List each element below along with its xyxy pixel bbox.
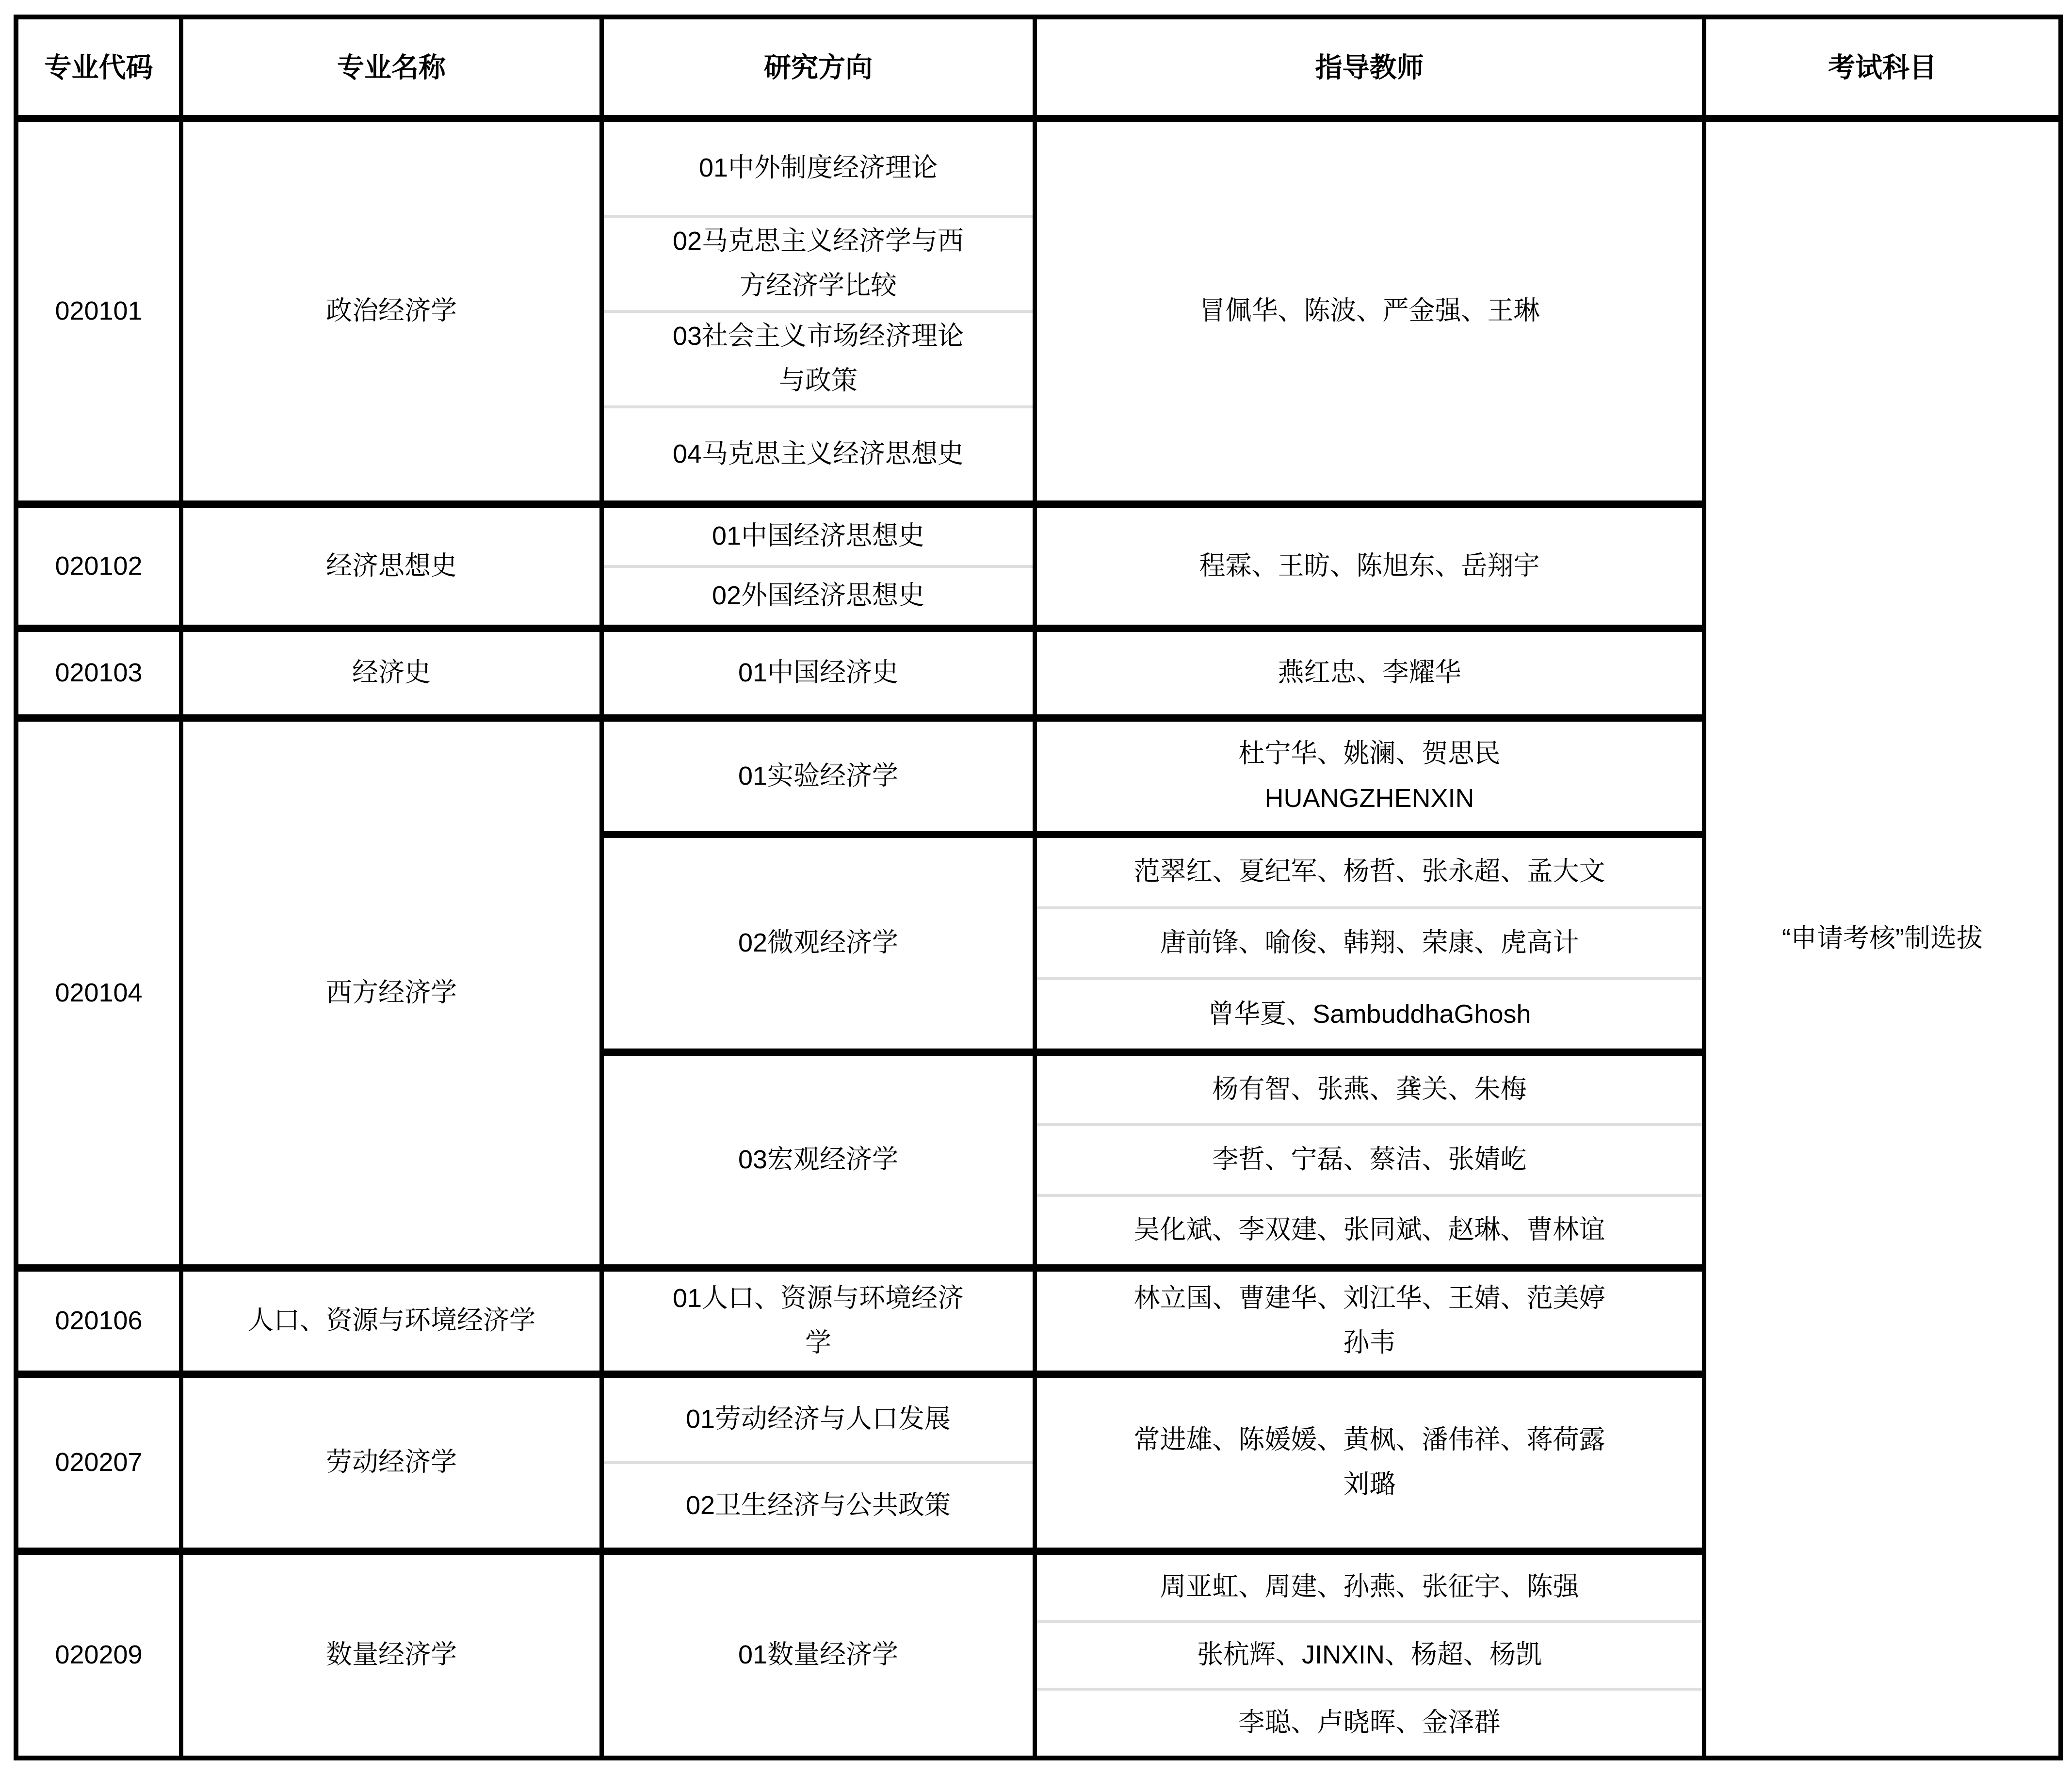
major-name-cell: 劳动经济学: [183, 1378, 599, 1548]
major-name-cell: 经济史: [183, 632, 599, 714]
major-name-cell: 经济思想史: [183, 508, 599, 625]
research-direction-cell: 01劳动经济与人口发展 02卫生经济与公共政策: [604, 1378, 1033, 1548]
major-name-cell: 人口、资源与环境经济学: [183, 1272, 599, 1371]
major-name-cell: 西方经济学: [183, 722, 599, 1264]
research-direction-item: 03社会主义市场经济理论 与政策: [604, 313, 1033, 405]
header-cell-teachers: 指导教师: [1037, 19, 1702, 115]
supervisors-line: 范翠红、夏纪军、杨哲、张永超、孟大文: [1037, 838, 1702, 906]
major-code-cell: 020103: [18, 632, 179, 714]
major-code-cell: 020106: [18, 1272, 179, 1371]
direction-teacher-group: 01实验经济学 杜宁华、姚澜、贺思民 HUANGZHENXIN 02微观经济学 …: [604, 722, 1702, 1264]
supervisors-line: 吴化斌、李双建、张同斌、赵琳、曹林谊: [1037, 1197, 1702, 1264]
research-direction-cell: 01人口、资源与环境经济 学: [604, 1272, 1033, 1371]
major-name-cell: 政治经济学: [183, 122, 599, 500]
supervisors-cell: 常进雄、陈媛媛、黄枫、潘伟祥、蒋荷露 刘璐: [1037, 1378, 1702, 1548]
supervisors-cell: 冒佩华、陈波、严金强、王琳: [1037, 122, 1702, 500]
header-cell-exam: 考试科目: [1706, 19, 2058, 115]
major-code-cell: 020207: [18, 1378, 179, 1548]
supervisors-line: 周亚虹、周建、孙燕、张征宇、陈强: [1037, 1555, 1702, 1620]
research-direction-item: 01中外制度经济理论: [604, 122, 1033, 215]
admissions-table: 专业代码 专业名称 研究方向 指导教师 考试科目 020101 政治经济学 01…: [14, 15, 2063, 1760]
supervisors-line: 杨有智、张燕、龚关、朱梅: [1037, 1056, 1702, 1123]
research-direction-item: 02卫生经济与公共政策: [604, 1464, 1033, 1548]
supervisors-line: 李聪、卢晓晖、金泽群: [1037, 1691, 1702, 1756]
research-direction-cell: 01实验经济学: [604, 722, 1033, 831]
supervisors-cell: 杨有智、张燕、龚关、朱梅 李哲、宁磊、蔡洁、张婧屹 吴化斌、李双建、张同斌、赵琳…: [1037, 1056, 1702, 1264]
research-direction-cell: 01数量经济学: [604, 1555, 1033, 1756]
major-code-cell: 020102: [18, 508, 179, 625]
header-cell-code: 专业代码: [18, 19, 179, 115]
research-direction-item: 01劳动经济与人口发展: [604, 1378, 1033, 1461]
supervisors-line: 唐前锋、喻俊、韩翔、荣康、虎高计: [1037, 909, 1702, 978]
major-code-cell: 020209: [18, 1555, 179, 1756]
supervisors-cell: 程霖、王昉、陈旭东、岳翔宇: [1037, 508, 1702, 625]
research-direction-item: 01中国经济思想史: [604, 508, 1033, 565]
research-direction-item: 02外国经济思想史: [604, 568, 1033, 625]
supervisors-cell: 周亚虹、周建、孙燕、张征宇、陈强 张杭辉、JINXIN、杨超、杨凯 李聪、卢晓晖…: [1037, 1555, 1702, 1756]
major-code-cell: 020104: [18, 722, 179, 1264]
supervisors-cell: 燕红忠、李耀华: [1037, 632, 1702, 714]
supervisors-line: 曾华夏、SambuddhaGhosh: [1037, 980, 1702, 1049]
research-direction-cell: 02微观经济学: [604, 838, 1033, 1049]
supervisors-line: 李哲、宁磊、蔡洁、张婧屹: [1037, 1126, 1702, 1194]
major-name-cell: 数量经济学: [183, 1555, 599, 1756]
supervisors-cell: 范翠红、夏纪军、杨哲、张永超、孟大文 唐前锋、喻俊、韩翔、荣康、虎高计 曾华夏、…: [1037, 838, 1702, 1049]
major-code-cell: 020101: [18, 122, 179, 500]
research-direction-item: 02马克思主义经济学与西 方经济学比较: [604, 218, 1033, 310]
header-cell-major: 专业名称: [183, 19, 599, 115]
research-direction-cell: 03宏观经济学: [604, 1056, 1033, 1264]
header-cell-direction: 研究方向: [604, 19, 1033, 115]
research-direction-item: 04马克思主义经济思想史: [604, 408, 1033, 501]
supervisors-cell: 林立国、曹建华、刘江华、王婧、范美婷 孙韦: [1037, 1272, 1702, 1371]
exam-subject-cell: “申请考核”制选拔: [1706, 122, 2058, 1756]
research-direction-cell: 01中国经济思想史 02外国经济思想史: [604, 508, 1033, 625]
supervisors-line: 张杭辉、JINXIN、杨超、杨凯: [1037, 1623, 1702, 1688]
research-direction-cell: 01中国经济史: [604, 632, 1033, 714]
supervisors-cell: 杜宁华、姚澜、贺思民 HUANGZHENXIN: [1037, 722, 1702, 831]
research-direction-cell: 01中外制度经济理论 02马克思主义经济学与西 方经济学比较 03社会主义市场经…: [604, 122, 1033, 500]
